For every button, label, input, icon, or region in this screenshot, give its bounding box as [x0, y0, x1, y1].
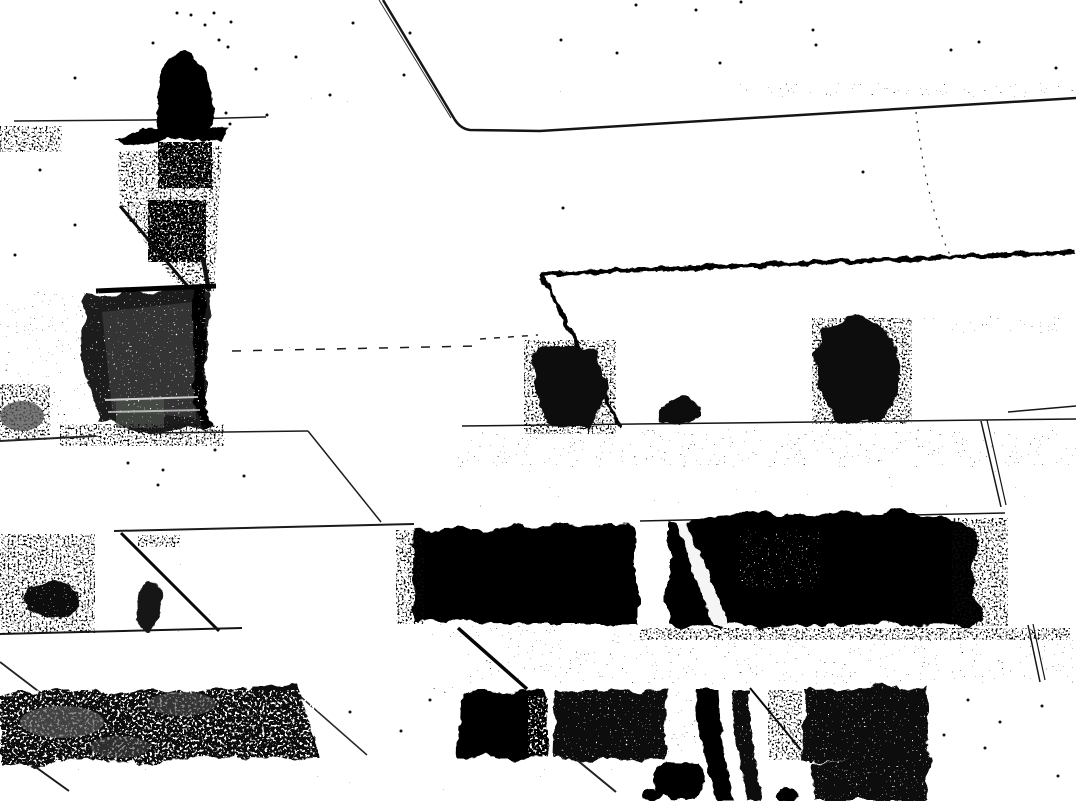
left-band-blob-b	[134, 584, 166, 628]
top-scatter-dots	[190, 14, 193, 17]
left-band-speckle-b	[95, 534, 240, 633]
horizon-dash-speckle-mid	[560, 88, 760, 98]
top-scatter-dots	[255, 68, 258, 71]
lowband-mid-gap-column	[528, 696, 556, 758]
bottom-right-dots	[999, 721, 1002, 724]
top-scatter-dots	[266, 114, 269, 117]
slab-dots	[127, 462, 130, 465]
bottom-right-dots	[1057, 775, 1060, 778]
top-scatter-dots	[74, 224, 77, 227]
top-scatter-dots	[213, 12, 216, 15]
top-scatter-dots	[740, 1, 743, 4]
top-scatter-dots	[978, 41, 981, 44]
top-scatter-dots	[403, 74, 406, 77]
dark-band-right-fringe	[952, 518, 1008, 626]
top-scatter-dots	[560, 39, 563, 42]
top-scatter-dots	[812, 29, 815, 32]
top-scatter-dots	[950, 49, 953, 52]
top-scatter-dots	[719, 62, 722, 65]
top-scatter-dots	[409, 32, 412, 35]
lowband-gap-speckle	[668, 692, 696, 758]
top-scatter-dots	[1055, 67, 1058, 70]
top-scatter-dots	[225, 112, 228, 115]
top-scatter-dots	[695, 9, 698, 12]
reflection-blob-a-fringe	[524, 340, 616, 434]
top-scatter-dots	[14, 254, 17, 257]
figure-torso-core-speckle	[148, 200, 206, 262]
reflection-blob-b-fringe	[812, 318, 912, 424]
mid-left-dots	[429, 699, 432, 702]
top-scatter-dots	[176, 12, 179, 15]
lowband-speckle-column	[768, 690, 802, 760]
dark-band-right-mottle	[740, 530, 820, 588]
top-scatter-dots	[616, 52, 619, 55]
top-scatter-dots	[352, 22, 355, 25]
slab-dots	[162, 469, 165, 472]
horizon-dash-speckle-right	[740, 83, 1076, 97]
slab-dots	[214, 449, 217, 452]
left-band-blob-a-mottle	[26, 586, 82, 616]
bottom-right-dots	[1041, 705, 1044, 708]
horizon-dash-speckle-left	[310, 98, 405, 112]
mid-speckle-band-a	[455, 429, 1076, 467]
bottom-speckle-a	[460, 765, 810, 799]
mid-left-dots	[400, 730, 403, 733]
bottom-speckle-b	[300, 772, 460, 800]
top-scatter-dots	[295, 56, 298, 59]
left-edge-speckle	[0, 126, 62, 152]
lowband-right-b-mottle	[801, 686, 930, 760]
dash-joint-speckle	[250, 343, 465, 352]
mid-left-dots	[349, 711, 352, 714]
dark-band-left-fringe	[396, 530, 424, 624]
bottom-right-dots	[943, 734, 946, 737]
lowband-gray-patch-a	[20, 706, 104, 738]
thresholded-street-photo-stage	[0, 0, 1076, 801]
gray-smudge-left	[0, 401, 44, 431]
gap-speckle-dense-row	[640, 628, 1070, 640]
mid-speckle-band-b	[455, 462, 1060, 516]
bottom-right-dots	[967, 699, 970, 702]
top-scatter-dots	[218, 39, 221, 42]
top-scatter-dots	[635, 4, 638, 7]
lowband-gray-patch-b	[148, 692, 216, 716]
thresholded-street-photo	[0, 0, 1076, 801]
slab-dots	[157, 484, 160, 487]
dark-band-left-chunk	[412, 524, 637, 624]
lowband-gray-patch-c	[90, 736, 150, 758]
top-scatter-dots	[329, 94, 332, 97]
top-scatter-dots	[815, 44, 818, 47]
slab-dots	[243, 475, 246, 478]
top-scatter-dots	[39, 169, 42, 172]
car-bottom-speckle	[60, 424, 225, 446]
bottom-right-dots	[984, 747, 987, 750]
top-scatter-dots	[562, 207, 565, 210]
reflection-blob-c	[658, 399, 702, 425]
top-scatter-dots	[152, 42, 155, 45]
top-scatter-dots	[204, 24, 207, 27]
top-scatter-dots	[74, 77, 77, 80]
top-scatter-dots	[227, 46, 230, 49]
top-scatter-dots	[862, 171, 865, 174]
top-scatter-dots	[230, 21, 233, 24]
lowband-right-a-mottle	[554, 688, 668, 760]
left-band-top-marks	[138, 535, 180, 547]
bottomright-block-mottle	[808, 757, 932, 801]
top-scatter-dots	[229, 123, 232, 126]
